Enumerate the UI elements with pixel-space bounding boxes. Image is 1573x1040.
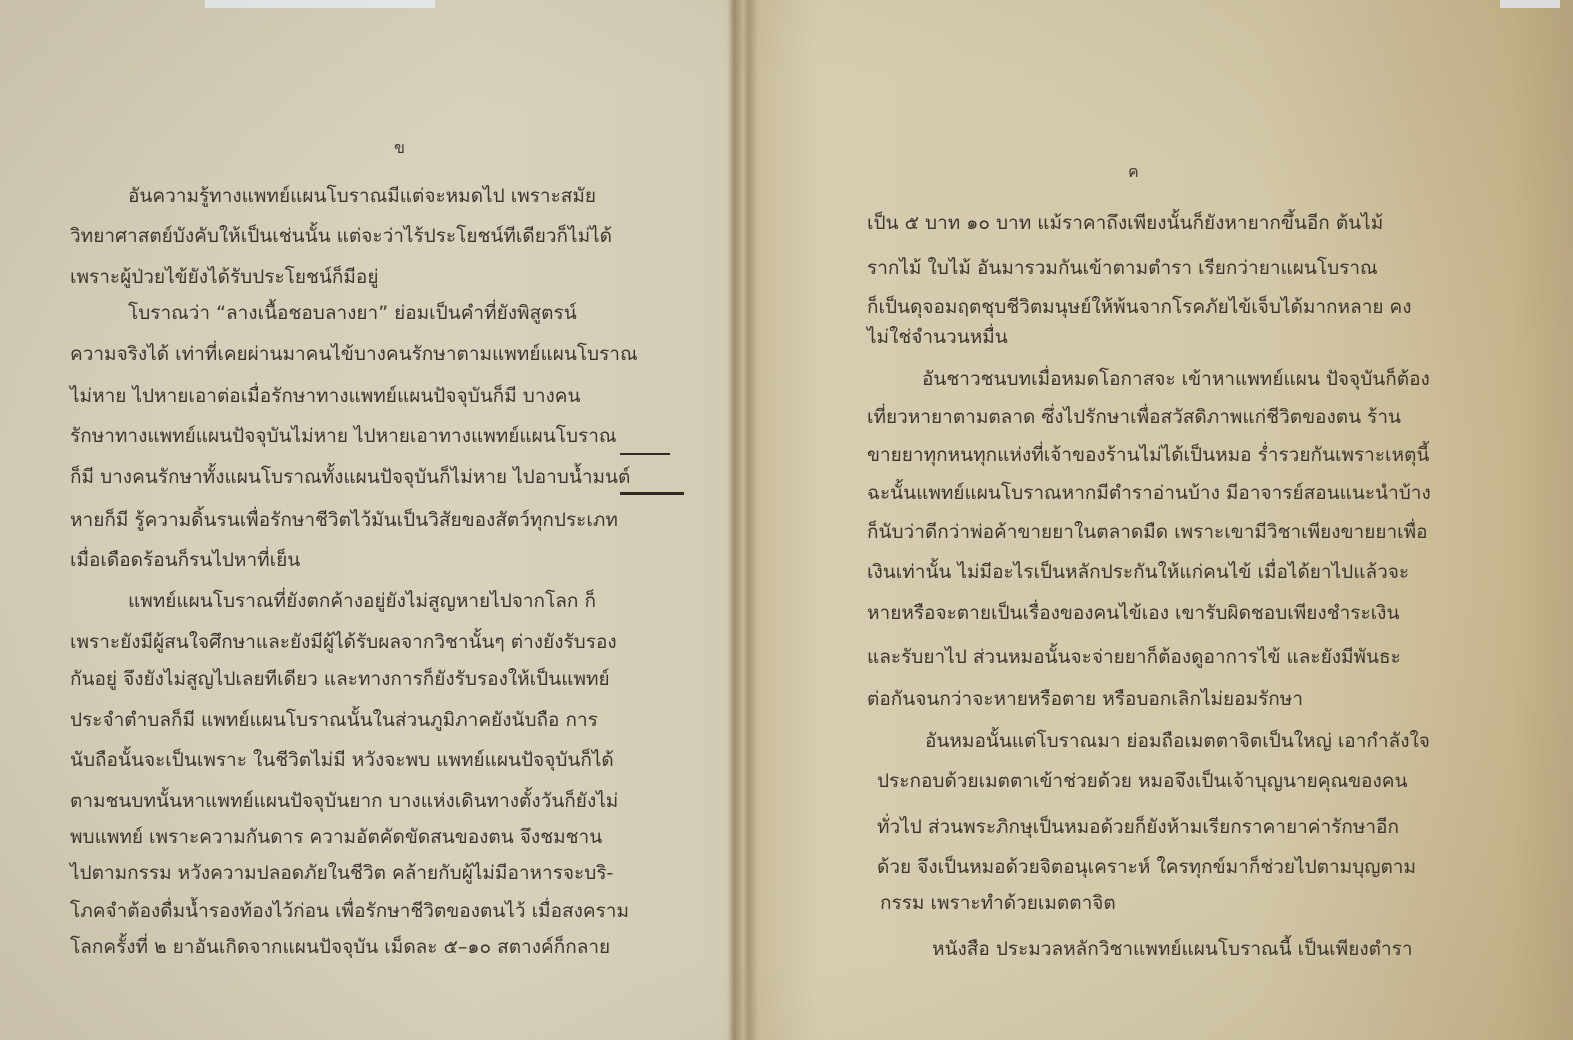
text-line: รากไม้ ใบไม้ อันมารวมกันเข้าตามตำรา เรีย… xyxy=(867,253,1378,283)
text-line: พบแพทย์ เพราะความกันดาร ความอัตคัดขัดสนข… xyxy=(70,822,602,852)
text-line: เป็น ๕ บาท ๑๐ บาท แม้ราคาถึงเพียงนั้นก็ย… xyxy=(867,208,1383,238)
text-line: ขายยาทุกหนทุกแห่งที่เจ้าของร้านไม่ได้เป็… xyxy=(867,440,1429,470)
text-line: ก็นับว่าดีกว่าพ่อค้าขายยาในตลาดมืด เพราะ… xyxy=(867,517,1428,547)
text-line: เพราะยังมีผู้สนใจศึกษาและยังมีผู้ได้รับผ… xyxy=(70,627,617,657)
text-line: ทั่วไป ส่วนพระภิกษุเป็นหมอด้วยก็ยังห้ามเ… xyxy=(877,812,1399,842)
left-page: ข อันความรู้ทางแพทย์แผนโบราณมีแต่จะหมดไป… xyxy=(0,0,735,1040)
text-line: ต่อกันจนกว่าจะหายหรือตาย หรือบอกเลิกไม่ย… xyxy=(867,684,1303,714)
left-page-number: ข xyxy=(394,136,405,161)
text-line: นับถือนั้นจะเป็นเพราะ ในชีวิตไม่มี หวังจ… xyxy=(70,745,614,775)
text-line: อันหมอนั้นแต่โบราณมา ย่อมถือเมตตาจิตเป็น… xyxy=(925,726,1430,756)
text-line: หายหรือจะตายเป็นเรื่องของคนไข้เอง เขารับ… xyxy=(867,598,1399,628)
text-line: ก็เป็นดุจอมฤตชุบชีวิตมนุษย์ให้พ้นจากโรคภ… xyxy=(867,292,1412,322)
text-line: หนังสือ ประมวลหลักวิชาแพทย์แผนโบราณนี้ เ… xyxy=(932,934,1413,964)
text-line: วิทยาศาสตย์บังคับให้เป็นเช่นนั้น แต่จะว่… xyxy=(70,221,612,251)
text-line: ไม่ใช่จำนวนหมื่น xyxy=(867,322,1008,352)
right-page-number: ค xyxy=(1128,160,1139,185)
text-line: ไม่หาย ไปหายเอาต่อเมื่อรักษาทางแพทย์แผนป… xyxy=(70,381,580,411)
text-line: หายก็มี รู้ความดิ้นรนเพื่อรักษาชีวิตไว้ม… xyxy=(70,505,618,535)
right-page: ค เป็น ๕ บาท ๑๐ บาท แม้ราคาถึงเพียงนั้นก… xyxy=(737,0,1573,1040)
text-line: กันอยู่ จึงยังไม่สูญไปเลยทีเดียว และทางก… xyxy=(70,664,610,694)
text-line: ประกอบด้วยเมตตาเข้าช่วยด้วย หมอจึงเป็นเจ… xyxy=(877,766,1407,796)
text-line: ไปตามกรรม หวังความปลอดภัยในชีวิต คล้ายกั… xyxy=(70,858,613,888)
text-line: เมื่อเดือดร้อนก็รนไปหาที่เย็น xyxy=(70,545,300,575)
text-line: โลกครั้งที่ ๒ ยาอันเกิดจากแผนปัจจุบัน เม… xyxy=(70,932,610,962)
text-line: เที่ยวหายาตามตลาด ซึ่งไปรักษาเพื่อสวัสดิ… xyxy=(867,402,1401,432)
text-line: กรรม เพราะทำด้วยเมตตาจิต xyxy=(880,888,1116,918)
text-line: ด้วย จึงเป็นหมอด้วยจิตอนุเคราะห์ ใครทุกข… xyxy=(877,852,1416,882)
text-line: เงินเท่านั้น ไม่มีอะไรเป็นหลักประกันให้แ… xyxy=(867,557,1409,587)
text-line: อันชาวชนบทเมื่อหมดโอกาสจะ เข้าหาแพทย์แผน… xyxy=(922,364,1430,394)
text-line: โภคจำต้องดื่มน้ำรองท้องไว้ก่อน เพื่อรักษ… xyxy=(70,896,629,926)
pen-underline-mark xyxy=(620,453,670,455)
text-line: รักษาทางแพทย์แผนปัจจุบันไม่หาย ไปหายเอาท… xyxy=(70,421,617,451)
text-line: เพราะผู้ป่วยไข้ยังได้รับประโยชน์ก็มีอยู่ xyxy=(70,262,378,292)
text-line: ตามชนบทนั้นหาแพทย์แผนปัจจุบันยาก บางแห่ง… xyxy=(70,786,618,816)
text-line: ความจริงได้ เท่าที่เคยผ่านมาคนไข้บางคนรั… xyxy=(70,339,638,369)
text-line: ก็มี บางคนรักษาทั้งแผนโบราณทั้งแผนปัจจุบ… xyxy=(70,462,630,492)
text-line: และรับยาไป ส่วนหมอนั้นจะจ่ายยาก็ต้องดูอา… xyxy=(867,642,1401,672)
text-line: ฉะนั้นแพทย์แผนโบราณหากมีตำราอ่านบ้าง มีอ… xyxy=(867,478,1431,508)
text-line: แพทย์แผนโบราณที่ยังตกค้างอยู่ยังไม่สูญหา… xyxy=(128,586,596,616)
text-line: โบราณว่า “ลางเนื้อชอบลางยา” ย่อมเป็นคำที… xyxy=(128,298,577,328)
pen-underline-mark xyxy=(620,492,684,495)
text-line: อันความรู้ทางแพทย์แผนโบราณมีแต่จะหมดไป เ… xyxy=(128,181,596,211)
text-line: ประจำตำบลก็มี แพทย์แผนโบราณนั้นในส่วนภูม… xyxy=(70,705,598,735)
